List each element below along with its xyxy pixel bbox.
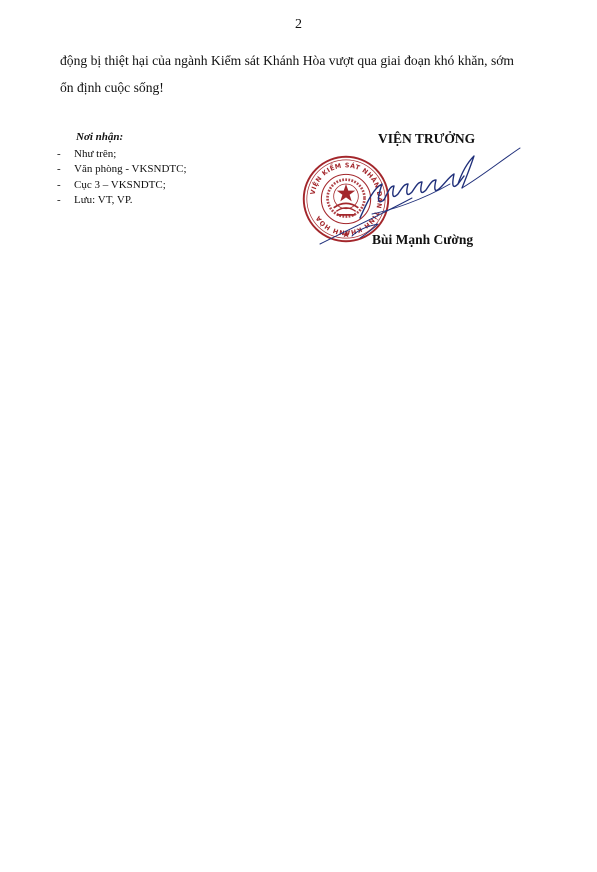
recipient-label: Cục 3 – VKSNDTC; [74, 178, 166, 194]
bullet-dash: - [57, 162, 74, 178]
recipients-block: Nơi nhận: - Như trên; - Văn phòng - VKSN… [57, 130, 187, 209]
recipient-label: Văn phòng - VKSNDTC; [74, 162, 187, 178]
recipient-item: - Lưu: VT, VP. [57, 193, 187, 209]
recipient-label: Lưu: VT, VP. [74, 193, 133, 209]
bullet-dash: - [57, 193, 74, 209]
bullet-dash: - [57, 178, 74, 194]
body-text-line: ổn định cuộc sống! [60, 79, 560, 97]
page-number: 2 [0, 16, 597, 34]
recipient-item: - Văn phòng - VKSNDTC; [57, 162, 187, 178]
recipients-title: Nơi nhận: [57, 130, 187, 146]
bullet-dash: - [57, 147, 74, 163]
recipient-label: Như trên; [74, 147, 116, 163]
recipient-item: - Như trên; [57, 147, 187, 163]
recipient-item: - Cục 3 – VKSNDTC; [57, 178, 187, 194]
body-text-line: động bị thiệt hại của ngành Kiểm sát Khá… [60, 52, 560, 70]
signer-name: Bùi Mạnh Cường [372, 231, 473, 249]
